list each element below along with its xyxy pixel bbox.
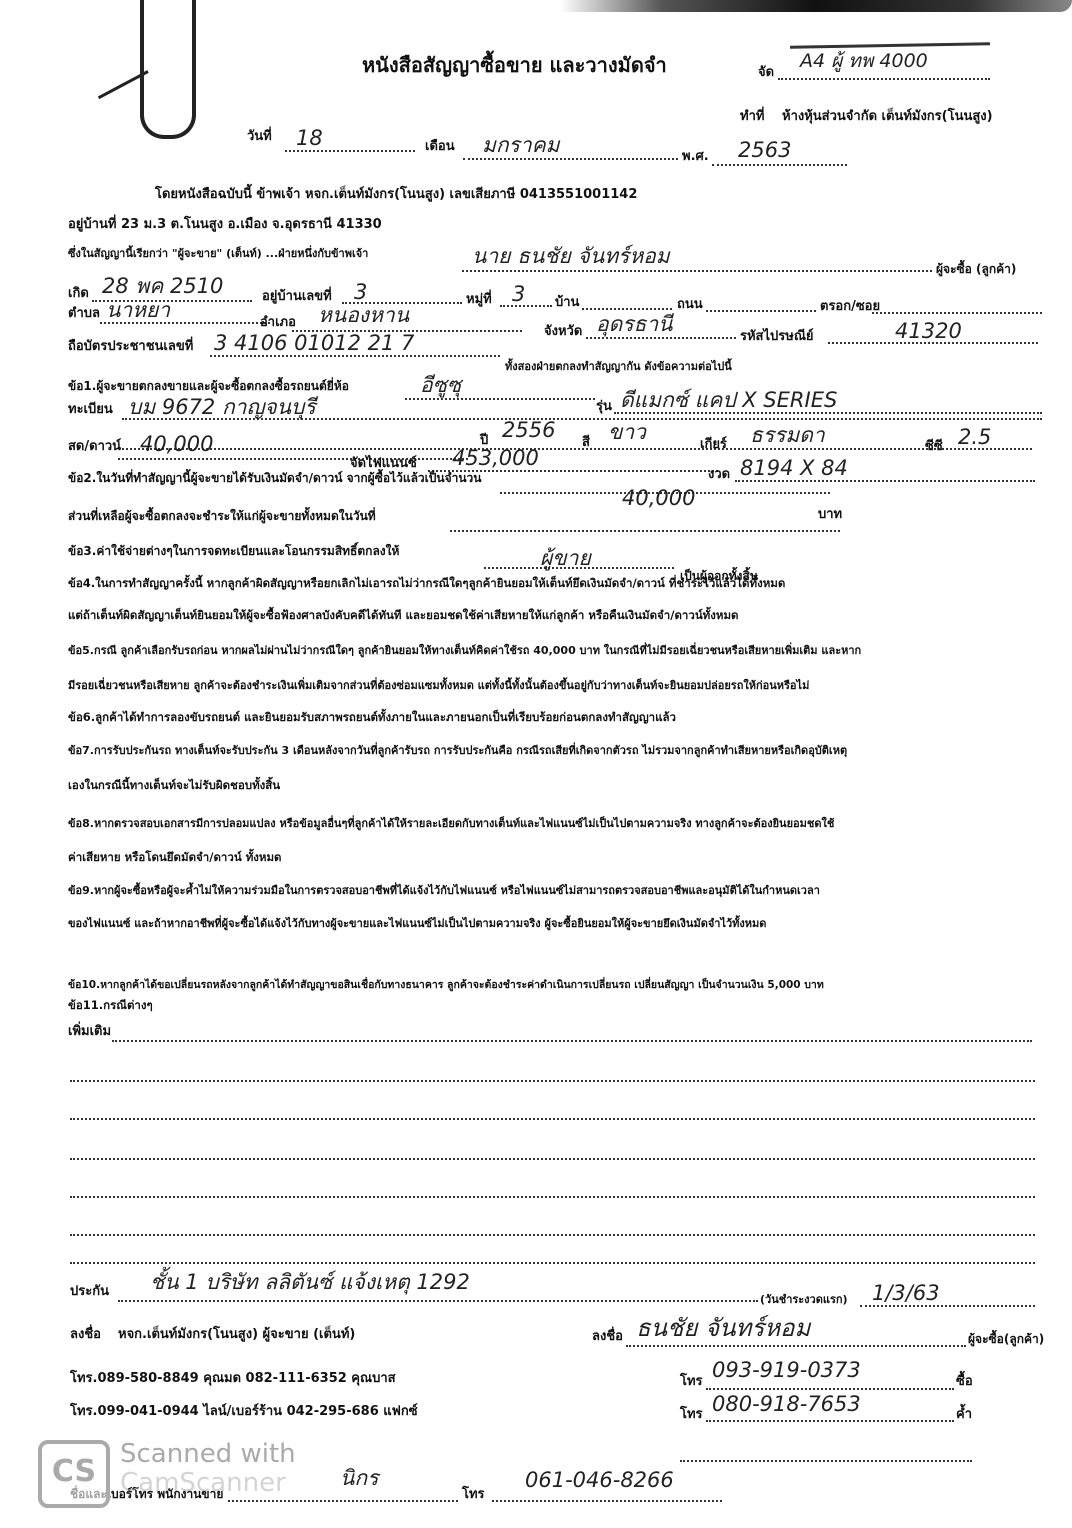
additional-line[interactable] bbox=[70, 1234, 1035, 1236]
insurance-value[interactable]: ชั้น 1 บริษัท ลลิตันซ์ แจ้งเหตุ 1292 bbox=[150, 1272, 470, 1293]
additional-line[interactable] bbox=[70, 1262, 1035, 1264]
seller-sign-label: ลงชื่อ bbox=[70, 1328, 101, 1341]
road-line bbox=[706, 310, 816, 312]
month-line bbox=[463, 158, 678, 160]
guarantor-phone-value[interactable]: 080-918-7653 bbox=[712, 1394, 861, 1415]
buyer-phone-suffix: ซื้อ bbox=[956, 1375, 973, 1388]
salesperson-phone-line bbox=[492, 1500, 722, 1502]
down-label: สด/ดาวน์ bbox=[68, 440, 121, 453]
seller-phone-1: โทร.089-580-8849 คุณมด 082-111-6352 คุณบ… bbox=[70, 1372, 396, 1385]
guarantor-phone-suffix: ค้ำ bbox=[956, 1408, 972, 1421]
made-at-value: ห้างหุ้นส่วนจำกัด เต็นท์มังกร(โนนสูง) bbox=[782, 110, 993, 123]
buyer-phone-label: โทร bbox=[680, 1375, 703, 1388]
soi-line bbox=[872, 312, 1042, 314]
amphoe-value[interactable]: หนองหาน bbox=[318, 305, 409, 326]
clause-line: ค่าเสียหาย หรือโดนยึดมัดจำ/ดาวน์ ทั้งหมด bbox=[68, 852, 282, 864]
brand-value[interactable]: อีซูซุ bbox=[420, 375, 461, 396]
intro-line-1: โดยหนังสือฉบับนี้ ข้าพเจ้า หจก.เต็นท์มัง… bbox=[155, 188, 637, 201]
village-label: บ้าน bbox=[555, 296, 579, 309]
additional-label: เพิ่มเติม bbox=[68, 1025, 111, 1038]
village-line bbox=[582, 308, 672, 310]
additional-line[interactable] bbox=[70, 1080, 1035, 1082]
buyer-phone-value[interactable]: 093-919-0373 bbox=[712, 1360, 861, 1381]
id-label: ถือบัตรประชาชนเลขที่ bbox=[68, 340, 193, 353]
clause-line: ข้อ6.ลูกค้าได้ทำการลองขับรถยนต์ และยินยอ… bbox=[68, 712, 676, 724]
insurance-label: ประกัน bbox=[70, 1285, 109, 1298]
buyer-sign-line bbox=[626, 1345, 966, 1347]
province-value[interactable]: อุดรธานี bbox=[596, 314, 673, 335]
clause-line: ข้อ10.หากลูกค้าได้ขอเปลี่ยนรถหลังจากลูกค… bbox=[68, 980, 824, 991]
year-line bbox=[712, 164, 847, 166]
cc-label: ซีซี bbox=[925, 440, 943, 453]
installment-label: งวด bbox=[708, 468, 730, 481]
made-at-label: ทำที่ bbox=[740, 110, 764, 123]
day-line bbox=[285, 150, 415, 152]
additional-line[interactable] bbox=[70, 1158, 1035, 1160]
buyer-signature[interactable]: ธนชัย จันทร์หอม bbox=[636, 1316, 810, 1340]
first-payment-line bbox=[860, 1305, 1035, 1307]
clause-line: ของไฟแนนซ์ และถ้าหากอาชีพที่ผู้จะซื้อได้… bbox=[68, 918, 766, 929]
first-payment-value[interactable]: 1/3/63 bbox=[872, 1283, 940, 1304]
gear-label: เกียร์ bbox=[700, 438, 727, 451]
clause-line: ข้อ8.หากตรวจสอบเอกสารมีการปลอมแปลง หรือข… bbox=[68, 818, 834, 829]
plate-line-2 bbox=[122, 448, 1032, 450]
clause-2-amount[interactable]: 40,000 bbox=[622, 488, 695, 509]
clause-2-text: ข้อ2.ในวันที่ทำสัญญานี้ผู้จะขายได้รับเงิ… bbox=[68, 472, 482, 484]
buyer-name[interactable]: นาย ธนชัย จันทร์หอม bbox=[472, 246, 670, 267]
cc-value[interactable]: 2.5 bbox=[958, 427, 991, 448]
moo-line bbox=[500, 305, 552, 307]
seller-phone-2: โทร.099-041-0944 ไลน์/เบอร์ร้าน 042-295-… bbox=[70, 1405, 418, 1418]
installment-value[interactable]: 8194 X 84 bbox=[740, 458, 848, 479]
province-line bbox=[586, 337, 736, 339]
clause-1-text: ข้อ1.ผู้จะขายตกลงขายและผู้จะซื้อตกลงซื้อ… bbox=[68, 380, 349, 392]
month-label: เดือน bbox=[425, 140, 455, 153]
additional-line[interactable] bbox=[112, 1040, 1032, 1042]
remaining-text: ส่วนที่เหลือผู้จะซื้อตกลงจะชำระให้แก่ผู้… bbox=[68, 510, 376, 522]
salesperson-phone-value[interactable]: 061-046-8266 bbox=[525, 1470, 674, 1491]
plate-value[interactable]: บม 9672 กาญจนบุรี bbox=[128, 397, 316, 418]
clause-line: ข้อ9.หากผู้จะซื้อหรือผู้จะค้ำไม่ให้ความร… bbox=[68, 885, 820, 896]
clause-line: มีรอยเฉี่ยวชนหรือเสียหาย ลูกค้าจะต้องชำร… bbox=[68, 680, 809, 691]
color-label: สี bbox=[582, 436, 590, 449]
installment-line bbox=[735, 480, 1035, 482]
id-value[interactable]: 3 4106 01012 21 7 bbox=[214, 333, 414, 354]
watermark-line-2: CamScanner bbox=[120, 1469, 296, 1498]
scan-edge-shadow bbox=[560, 0, 1072, 12]
buyer-sign-label: ลงชื่อ bbox=[592, 1330, 623, 1343]
buyer-sign-suffix: ผู้จะซื้อ(ลูกค้า) bbox=[968, 1333, 1044, 1345]
house-no-value[interactable]: 3 bbox=[354, 282, 367, 303]
buyer-name-line bbox=[462, 270, 932, 272]
pen-stroke bbox=[790, 42, 990, 48]
year-value[interactable]: 2563 bbox=[738, 140, 791, 161]
clause-line: แต่ถ้าเต็นท์ผิดสัญญาเต็นท์ยินยอมให้ผู้จะ… bbox=[68, 610, 739, 622]
house-no-label: อยู่บ้านเลขที่ bbox=[262, 290, 332, 303]
jad-line bbox=[778, 78, 990, 80]
clause-line: ข้อ4.ในการทำสัญญาครั้งนี้ หากลูกค้าผิดสั… bbox=[68, 578, 785, 590]
buyer-phone-line bbox=[706, 1388, 954, 1390]
clause-3-text: ข้อ3.ค่าใช้จ่ายต่างๆในการจดทะเบียนและโอน… bbox=[68, 545, 399, 557]
tambon-label: ตำบล bbox=[68, 307, 100, 320]
remaining-line bbox=[450, 530, 840, 532]
paperclip-icon bbox=[140, 0, 196, 139]
additional-line[interactable] bbox=[70, 1196, 1035, 1198]
color-value[interactable]: ขาว bbox=[608, 422, 646, 443]
moo-value[interactable]: 3 bbox=[512, 284, 525, 305]
day-label: วันที่ bbox=[247, 130, 272, 143]
tambon-line bbox=[100, 322, 270, 324]
id-line bbox=[210, 355, 500, 357]
salesperson-phone-label: โทร bbox=[462, 1488, 485, 1501]
extra-phone-line bbox=[680, 1460, 972, 1462]
brand-line bbox=[405, 398, 595, 400]
document-title: หนังสือสัญญาซื้อขาย และวางมัดจำ bbox=[362, 55, 667, 75]
agree-text: ทั้งสองฝ่ายตกลงทำสัญญากัน ดังข้อความต่อไ… bbox=[505, 361, 732, 372]
moo-label: หมู่ที่ bbox=[466, 293, 492, 306]
clause-line: ข้อ11.กรณีต่างๆ bbox=[68, 1000, 153, 1012]
finance-label: จัดไฟแนนซ์ bbox=[350, 457, 417, 470]
finance-value[interactable]: 453,000 bbox=[452, 448, 539, 469]
clause-line: ข้อ5.กรณี ลูกค้าเลือกรับรถก่อน หากผลไม่ผ… bbox=[68, 645, 861, 656]
postcode-value[interactable]: 41320 bbox=[895, 321, 962, 342]
intro-line-2: อยู่บ้านที่ 23 ม.3 ต.โนนสูง อ.เมือง จ.อุ… bbox=[68, 218, 382, 231]
jad-label: จัด bbox=[758, 66, 774, 79]
birth-value[interactable]: 28 พค 2510 bbox=[102, 276, 223, 297]
clause-3-value[interactable]: ผู้ขาย bbox=[540, 548, 591, 569]
buyer-suffix: ผู้จะซื้อ (ลูกค้า) bbox=[936, 263, 1016, 275]
seller-sign-value: หจก.เต็นท์มังกร(โนนสูง) ผู้จะขาย (เต็นท์… bbox=[118, 1328, 355, 1341]
jad-value[interactable]: A4 ผู้ ทพ 4000 bbox=[800, 52, 928, 71]
camscanner-logo-icon: CS bbox=[38, 1440, 110, 1508]
model-line bbox=[614, 412, 1042, 414]
insurance-line bbox=[118, 1300, 758, 1302]
tambon-value[interactable]: นาหยา bbox=[106, 300, 170, 321]
plate-label: ทะเบียน bbox=[68, 403, 113, 416]
year-label: พ.ศ. bbox=[682, 150, 709, 163]
province-label: จังหวัด bbox=[544, 325, 582, 338]
camscanner-watermark: Scanned with CamScanner bbox=[120, 1440, 296, 1497]
first-payment-label: (วันชำระงวดแรก) bbox=[760, 1294, 848, 1305]
clause-2-unit: บาท bbox=[818, 508, 842, 521]
road-label: ถนน bbox=[677, 298, 703, 311]
postcode-label: รหัสไปรษณีย์ bbox=[740, 330, 814, 343]
model-value[interactable]: ดีแมกซ์ แคป X SERIES bbox=[620, 390, 837, 411]
salesperson-line bbox=[228, 1500, 458, 1502]
clause-line: ข้อ7.การรับประกันรถ ทางเต็นท์จะรับประกัน… bbox=[68, 745, 847, 756]
birth-label: เกิด bbox=[68, 287, 89, 300]
month-value[interactable]: มกราคม bbox=[482, 135, 560, 156]
additional-line[interactable] bbox=[70, 1118, 1035, 1120]
guarantor-phone-label: โทร bbox=[680, 1408, 703, 1421]
watermark-line-1: Scanned with bbox=[120, 1440, 296, 1469]
guarantor-phone-line bbox=[706, 1420, 954, 1422]
clause-line: เองในกรณีนี้ทางเต็นท์จะไม่รับผิดชอบทั้งส… bbox=[68, 780, 280, 792]
year-value-vehicle[interactable]: 2556 bbox=[502, 420, 555, 441]
amphoe-label: อำเภอ bbox=[260, 316, 296, 329]
salesperson-name[interactable]: นิกร bbox=[340, 1468, 378, 1489]
down-value[interactable]: 40,000 bbox=[140, 434, 213, 455]
seller-phrase: ซึ่งในสัญญานี้เรียกว่า "ผู้จะขาย" (เต็นท… bbox=[68, 248, 368, 259]
model-label: รุ่น bbox=[596, 400, 612, 413]
gear-value[interactable]: ธรรมดา bbox=[750, 425, 825, 446]
day-value[interactable]: 18 bbox=[296, 128, 323, 149]
